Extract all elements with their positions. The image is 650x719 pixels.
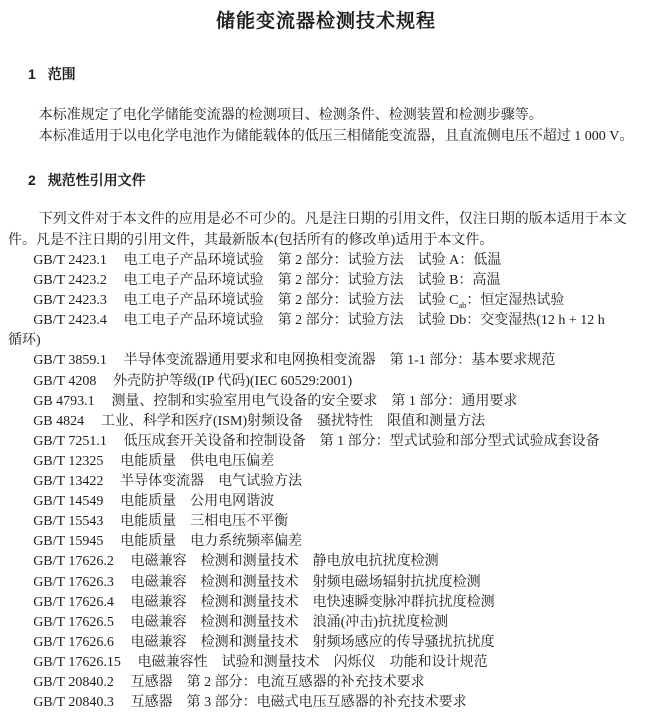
reference-code: GB/T 13422 [33,474,103,489]
reference-item: GB/T 15543电能质量 三相电压不平衡 [8,512,644,532]
reference-title-segment: 电能质量 电力系统频率偏差 [120,534,302,549]
reference-code: GB 4793.1 [33,394,94,409]
reference-code: GB/T 15543 [33,514,103,529]
reference-title: 电能质量 电力系统频率偏差 [120,534,302,549]
reference-item: GB/T 3859.1半导体变流器通用要求和电网换相变流器 第 1-1 部分：基… [8,351,644,371]
reference-item: GB/T 7251.1低压成套开关设备和控制设备 第 1 部分：型式试验和部分型… [8,432,644,452]
reference-title-segment: ：恒定湿热试验 [466,293,564,308]
reference-title-segment: 电磁兼容 检测和测量技术 电快速瞬变脉冲群抗扰度检测 [131,595,495,610]
reference-title: 电磁兼容 检测和测量技术 电快速瞬变脉冲群抗扰度检测 [131,595,495,610]
reference-item: GB/T 15945电能质量 电力系统频率偏差 [8,532,644,552]
reference-code: GB/T 2423.4 [33,313,107,328]
reference-title-segment: 电磁兼容 检测和测量技术 射频场感应的传导骚扰抗扰度 [131,635,495,650]
section-scope-number: 1 [28,66,36,82]
reference-item: GB 4824工业、科学和医疗(ISM)射频设备 骚扰特性 限值和测量方法 [8,412,644,432]
reference-title-segment: 低压成套开关设备和控制设备 第 1 部分：型式试验和部分型式试验成套设备 [124,434,600,449]
reference-item: GB/T 17626.5电磁兼容 检测和测量技术 浪涌(冲击)抗扰度检测 [8,613,644,633]
reference-item: GB/T 17626.3电磁兼容 检测和测量技术 射频电磁场辐射抗扰度检测 [8,573,644,593]
reference-code: GB/T 17626.2 [33,554,114,569]
reference-title: 测量、控制和实验室用电气设备的安全要求 第 1 部分：通用要求 [111,394,517,409]
reference-title: 电能质量 公用电网谐波 [120,494,274,509]
reference-title: 电磁兼容 检测和测量技术 静电放电抗扰度检测 [131,554,439,569]
reference-code: GB/T 17626.6 [33,635,114,650]
scope-paragraph-2: 本标准适用于以电化学电池作为储能载体的低压三相储能变流器，且直流侧电压不超过 1… [8,127,644,148]
reference-item: GB/T 2423.3电工电子产品环境试验 第 2 部分：试验方法 试验 Cab… [8,291,644,311]
reference-title: 工业、科学和医疗(ISM)射频设备 骚扰特性 限值和测量方法 [101,414,485,429]
reference-item: GB/T 2423.2电工电子产品环境试验 第 2 部分：试验方法 试验 B：高… [8,271,644,291]
reference-code: GB/T 17626.3 [33,575,114,590]
reference-item: GB/T 2423.1电工电子产品环境试验 第 2 部分：试验方法 试验 A：低… [8,251,644,271]
reference-item: GB/T 17626.15电磁兼容性 试验和测量技术 闪烁仪 功能和设计规范 [8,653,644,673]
reference-title-segment: 互感器 第 3 部分：电磁式电压互感器的补充技术要求 [131,695,467,710]
reference-title-segment: 工业、科学和医疗(ISM)射频设备 骚扰特性 限值和测量方法 [101,414,485,429]
reference-title: 电磁兼容 检测和测量技术 射频电磁场辐射抗扰度检测 [131,575,481,590]
reference-code: GB/T 17626.4 [33,595,114,610]
reference-title: 电工电子产品环境试验 第 2 部分：试验方法 试验 A：低温 [124,253,502,268]
reference-title-segment: 电能质量 供电电压偏差 [120,454,274,469]
reference-title-segment: 电工电子产品环境试验 第 2 部分：试验方法 试验 A：低温 [124,253,502,268]
reference-title: 半导体变流器 电气试验方法 [120,474,302,489]
reference-item: GB/T 4208外壳防护等级(IP 代码)(IEC 60529:2001) [8,372,644,392]
reference-title: 电能质量 供电电压偏差 [120,454,274,469]
reference-item: GB/T 17626.2电磁兼容 检测和测量技术 静电放电抗扰度检测 [8,552,644,572]
reference-title-segment: 电能质量 公用电网谐波 [120,494,274,509]
section-scope-heading: 1范围 [8,64,644,84]
reference-code: GB/T 2423.2 [33,273,107,288]
reference-title: 电工电子产品环境试验 第 2 部分：试验方法 试验 B：高温 [124,273,501,288]
reference-title: 电磁兼容性 试验和测量技术 闪烁仪 功能和设计规范 [138,655,488,670]
reference-title-segment: 电磁兼容 检测和测量技术 静电放电抗扰度检测 [131,554,439,569]
reference-title-segment: 电磁兼容 检测和测量技术 浪涌(冲击)抗扰度检测 [131,615,448,630]
reference-code: GB/T 14549 [33,494,103,509]
reference-code: GB/T 17626.15 [33,655,121,670]
reference-item: GB/T 13422半导体变流器 电气试验方法 [8,472,644,492]
section-scope-title: 范围 [48,66,76,82]
reference-item: GB/T 17626.4电磁兼容 检测和测量技术 电快速瞬变脉冲群抗扰度检测 [8,593,644,613]
reference-title-segment: 电磁兼容 检测和测量技术 射频电磁场辐射抗扰度检测 [131,575,481,590]
reference-code: GB/T 2423.3 [33,293,107,308]
section-references-number: 2 [28,172,36,188]
reference-title: 半导体变流器通用要求和电网换相变流器 第 1-1 部分：基本要求规范 [124,353,556,368]
reference-item: GB/T 17626.6电磁兼容 检测和测量技术 射频场感应的传导骚扰抗扰度 [8,633,644,653]
reference-title-segment: 外壳防护等级(IP 代码)(IEC 60529:2001) [113,374,352,389]
reference-title: 互感器 第 3 部分：电磁式电压互感器的补充技术要求 [131,695,467,710]
reference-code: GB/T 17626.5 [33,615,114,630]
reference-title-segment: 半导体变流器通用要求和电网换相变流器 第 1-1 部分：基本要求规范 [124,353,556,368]
reference-title-segment: 半导体变流器 电气试验方法 [120,474,302,489]
references-intro-paragraph: 下列文件对于本文件的应用是必不可少的。凡是注日期的引用文件，仅注日期的版本适用于… [8,210,644,251]
section-references-title: 规范性引用文件 [48,172,146,188]
reference-code: GB/T 20840.3 [33,695,114,710]
reference-title: 电能质量 三相电压不平衡 [120,514,288,529]
reference-title: 外壳防护等级(IP 代码)(IEC 60529:2001) [113,374,352,389]
reference-title: 低压成套开关设备和控制设备 第 1 部分：型式试验和部分型式试验成套设备 [124,434,600,449]
reference-code: GB/T 7251.1 [33,434,107,449]
reference-code: GB/T 4208 [33,374,96,389]
reference-title: 电磁兼容 检测和测量技术 浪涌(冲击)抗扰度检测 [131,615,448,630]
reference-title-segment: 电磁兼容性 试验和测量技术 闪烁仪 功能和设计规范 [138,655,488,670]
reference-code: GB/T 15945 [33,534,103,549]
reference-code: GB/T 20840.2 [33,675,114,690]
reference-title: 互感器 第 2 部分：电流互感器的补充技术要求 [131,675,425,690]
reference-title-segment: 测量、控制和实验室用电气设备的安全要求 第 1 部分：通用要求 [111,394,517,409]
references-list: GB/T 2423.1电工电子产品环境试验 第 2 部分：试验方法 试验 A：低… [8,251,644,713]
reference-title: 电磁兼容 检测和测量技术 射频场感应的传导骚扰抗扰度 [131,635,495,650]
reference-code: GB 4824 [33,414,84,429]
reference-code: GB/T 12325 [33,454,103,469]
reference-title: 电工电子产品环境试验 第 2 部分：试验方法 试验 Cab：恒定湿热试验 [124,293,565,308]
document-title: 储能变流器检测技术规程 [8,10,644,34]
document-page: 储能变流器检测技术规程 1范围 本标准规定了电化学储能变流器的检测项目、检测条件… [0,0,650,719]
reference-title-segment: 循环) [8,333,41,348]
scope-paragraph-1: 本标准规定了电化学储能变流器的检测项目、检测条件、检测装置和检测步骤等。 [8,106,644,127]
reference-item: GB/T 12325电能质量 供电电压偏差 [8,452,644,472]
reference-title-segment: 电工电子产品环境试验 第 2 部分：试验方法 试验 B：高温 [124,273,501,288]
reference-code: GB/T 3859.1 [33,353,107,368]
reference-item: GB/T 20840.3互感器 第 3 部分：电磁式电压互感器的补充技术要求 [8,693,644,713]
reference-code: GB/T 2423.1 [33,253,107,268]
reference-item: GB/T 20840.2互感器 第 2 部分：电流互感器的补充技术要求 [8,673,644,693]
reference-title-segment: 电工电子产品环境试验 第 2 部分：试验方法 试验 Db：交变湿热(12 h +… [124,313,605,328]
reference-title-segment: 电能质量 三相电压不平衡 [120,514,288,529]
section-references-heading: 2规范性引用文件 [8,170,644,190]
reference-title-segment: 电工电子产品环境试验 第 2 部分：试验方法 试验 C [124,293,459,308]
reference-title-segment: 互感器 第 2 部分：电流互感器的补充技术要求 [131,675,425,690]
reference-item: GB/T 2423.4电工电子产品环境试验 第 2 部分：试验方法 试验 Db：… [8,311,644,351]
reference-item: GB 4793.1测量、控制和实验室用电气设备的安全要求 第 1 部分：通用要求 [8,392,644,412]
reference-item: GB/T 14549电能质量 公用电网谐波 [8,492,644,512]
